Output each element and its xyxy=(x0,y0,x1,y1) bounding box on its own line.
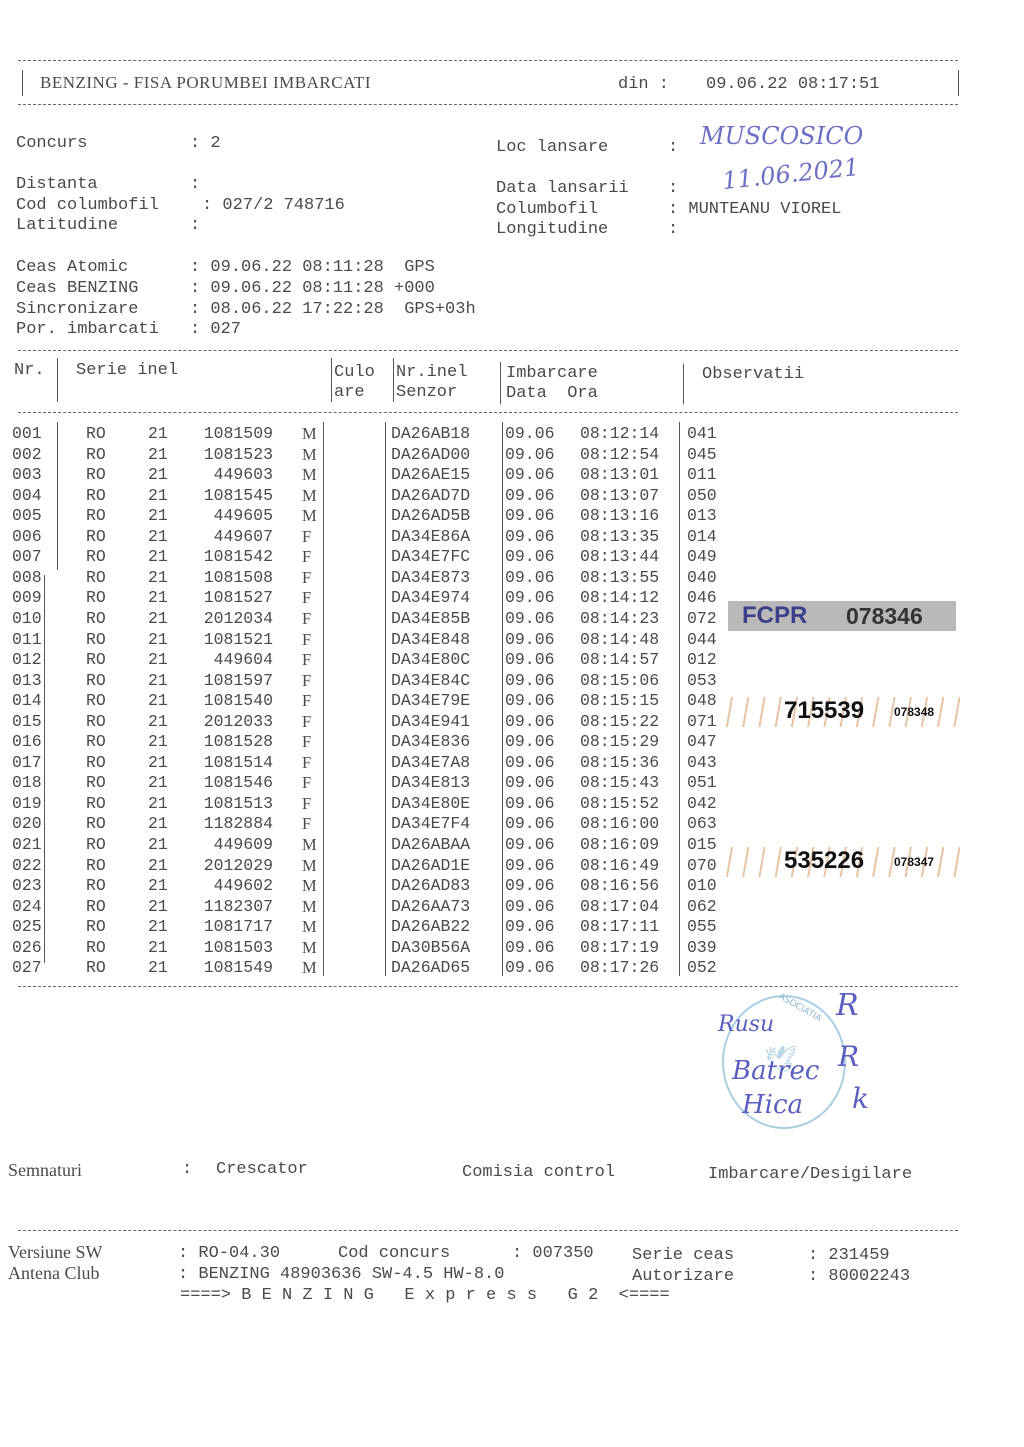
embark-time: 08:13:07 xyxy=(580,486,659,505)
row-number: 001 xyxy=(12,424,42,443)
embark-time: 08:15:22 xyxy=(580,712,659,731)
ring-number: 2012033 xyxy=(178,712,273,731)
embark-time: 08:14:12 xyxy=(580,588,659,607)
sex: M xyxy=(302,506,317,526)
embark-time: 08:12:14 xyxy=(580,424,659,443)
observation: 010 xyxy=(687,876,717,895)
col-separator xyxy=(57,358,58,402)
distanta-value: : xyxy=(190,175,200,194)
table-row: 023RO21449602MDA26AD8309.0608:16:56010 xyxy=(0,876,760,897)
versiune-label: Versiune SW xyxy=(8,1242,102,1263)
document-title: BENZING - FISA PORUMBEI IMBARCATI xyxy=(40,73,371,93)
country-code: RO xyxy=(86,445,106,464)
table-row: 020RO211182884FDA34E7F409.0608:16:00063 xyxy=(0,814,760,835)
sex: F xyxy=(302,773,311,793)
columbofil-label: Columbofil xyxy=(496,200,598,219)
sex: F xyxy=(302,794,311,814)
ring-year: 21 xyxy=(148,568,168,587)
row-number: 005 xyxy=(12,506,42,525)
signature-initial: k xyxy=(852,1082,869,1115)
table-row: 027RO211081549MDA26AD6509.0608:17:26052 xyxy=(0,958,760,979)
row-number: 003 xyxy=(12,465,42,484)
embark-time: 08:13:44 xyxy=(580,547,659,566)
sensor-id: DA34E7FC xyxy=(391,547,470,566)
embark-time: 08:13:35 xyxy=(580,527,659,546)
col-separator xyxy=(331,358,332,402)
observation: 053 xyxy=(687,671,717,690)
ring-number: 1081597 xyxy=(178,671,273,690)
latitudine-label: Latitudine xyxy=(16,216,118,235)
col-header-senzor-2: Senzor xyxy=(396,383,457,402)
observation: 015 xyxy=(687,835,717,854)
observation: 055 xyxy=(687,917,717,936)
serie-ceas-label: Serie ceas xyxy=(632,1246,734,1265)
sex: M xyxy=(302,958,317,978)
por-imbarcati-value: : 027 xyxy=(190,320,241,339)
col-separator xyxy=(679,422,680,976)
row-number: 007 xyxy=(12,547,42,566)
sticker-small-number: 078348 xyxy=(894,705,934,719)
concurs-label: Concurs xyxy=(16,134,87,153)
sensor-id: DA34E80E xyxy=(391,794,470,813)
ring-number: 449603 xyxy=(178,465,273,484)
serie-ceas-value: : 231459 xyxy=(808,1246,890,1265)
col-separator xyxy=(502,422,503,976)
row-number: 024 xyxy=(12,897,42,916)
embark-time: 08:15:29 xyxy=(580,732,659,751)
ring-year: 21 xyxy=(148,547,168,566)
observation: 040 xyxy=(687,568,717,587)
embark-date: 09.06 xyxy=(505,876,555,895)
country-code: RO xyxy=(86,486,106,505)
embark-date: 09.06 xyxy=(505,691,555,710)
sticker-big-number: 715539 xyxy=(784,697,864,725)
semnaturi-sep: : xyxy=(182,1160,192,1179)
country-code: RO xyxy=(86,814,106,833)
loc-lansare-handwritten: MUSCOSICO xyxy=(700,122,863,150)
country-code: RO xyxy=(86,609,106,628)
observation: 050 xyxy=(687,486,717,505)
embark-date: 09.06 xyxy=(505,938,555,957)
sensor-id: DA26AD65 xyxy=(391,958,470,977)
sex: M xyxy=(302,486,317,506)
col-separator xyxy=(44,575,45,963)
ring-year: 21 xyxy=(148,917,168,936)
ring-year: 21 xyxy=(148,958,168,977)
autorizare-label: Autorizare xyxy=(632,1267,734,1286)
col-header-culoare-1: Culo xyxy=(334,363,375,382)
table-row: 021RO21449609MDA26ABAA09.0608:16:09015 xyxy=(0,835,760,856)
embark-date: 09.06 xyxy=(505,486,555,505)
sex: F xyxy=(302,814,311,834)
table-row: 025RO211081717MDA26AB2209.0608:17:11055 xyxy=(0,917,760,938)
ring-number: 1081527 xyxy=(178,588,273,607)
crescator-label: Crescator xyxy=(216,1160,308,1179)
ring-year: 21 xyxy=(148,650,168,669)
observation: 042 xyxy=(687,794,717,813)
latitudine-value: : xyxy=(190,216,200,235)
sex: F xyxy=(302,527,311,547)
country-code: RO xyxy=(86,527,106,546)
col-header-imbarcare-2: Data Ora xyxy=(506,384,598,403)
observation: 049 xyxy=(687,547,717,566)
cod-columbofil-label: Cod columbofil xyxy=(16,196,159,215)
din-label: din : xyxy=(618,75,669,94)
table-row: 015RO212012033FDA34E94109.0608:15:22071 xyxy=(0,712,760,733)
embark-time: 08:17:19 xyxy=(580,938,659,957)
row-number: 014 xyxy=(12,691,42,710)
ring-number: 1081528 xyxy=(178,732,273,751)
observation: 039 xyxy=(687,938,717,957)
imbarcare-desigilare-label: Imbarcare/Desigilare xyxy=(708,1165,912,1184)
embark-date: 09.06 xyxy=(505,465,555,484)
table-row: 022RO212012029MDA26AD1E09.0608:16:49070 xyxy=(0,856,760,877)
sensor-id: DA34E873 xyxy=(391,568,470,587)
embark-time: 08:16:09 xyxy=(580,835,659,854)
sex: F xyxy=(302,630,311,650)
ring-number: 1081513 xyxy=(178,794,273,813)
observation: 046 xyxy=(687,588,717,607)
observation: 048 xyxy=(687,691,717,710)
sex: F xyxy=(302,671,311,691)
country-code: RO xyxy=(86,506,106,525)
observation: 052 xyxy=(687,958,717,977)
signature-2: Batrec xyxy=(732,1056,819,1086)
divider xyxy=(18,350,958,351)
table-row: 006RO21449607FDA34E86A09.0608:13:35014 xyxy=(0,527,760,548)
table-row: 010RO212012034FDA34E85B09.0608:14:23072 xyxy=(0,609,760,630)
sex: M xyxy=(302,938,317,958)
embark-date: 09.06 xyxy=(505,814,555,833)
row-number: 013 xyxy=(12,671,42,690)
sensor-id: DA26AD1E xyxy=(391,856,470,875)
ring-year: 21 xyxy=(148,527,168,546)
sensor-id: DA26AD00 xyxy=(391,445,470,464)
embark-date: 09.06 xyxy=(505,835,555,854)
sex: F xyxy=(302,753,311,773)
col-header-senzor-1: Nr.inel xyxy=(396,363,467,382)
sex: M xyxy=(302,424,317,444)
col-separator xyxy=(683,364,684,404)
cod-columbofil-value: : 027/2 748716 xyxy=(202,196,345,215)
country-code: RO xyxy=(86,876,106,895)
columbofil-value: : MUNTEANU VIOREL xyxy=(668,200,841,219)
embark-date: 09.06 xyxy=(505,712,555,731)
country-code: RO xyxy=(86,650,106,669)
embark-time: 08:14:48 xyxy=(580,630,659,649)
country-code: RO xyxy=(86,938,106,957)
embark-date: 09.06 xyxy=(505,527,555,546)
ring-year: 21 xyxy=(148,424,168,443)
col-separator xyxy=(500,362,501,404)
row-number: 012 xyxy=(12,650,42,669)
embark-date: 09.06 xyxy=(505,609,555,628)
embark-time: 08:13:01 xyxy=(580,465,659,484)
row-number: 008 xyxy=(12,568,42,587)
embark-date: 09.06 xyxy=(505,568,555,587)
col-separator xyxy=(385,422,386,976)
ring-number: 1081503 xyxy=(178,938,273,957)
row-number: 021 xyxy=(12,835,42,854)
country-code: RO xyxy=(86,773,106,792)
versiune-value: : RO-04.30 xyxy=(178,1244,280,1263)
ring-number: 1081546 xyxy=(178,773,273,792)
ring-number: 1081509 xyxy=(178,424,273,443)
sex: M xyxy=(302,445,317,465)
ring-number: 1081514 xyxy=(178,753,273,772)
ring-sticker: 715539 078348 xyxy=(722,697,960,727)
ring-sticker: 535226 078347 xyxy=(722,847,960,877)
ring-year: 21 xyxy=(148,506,168,525)
ring-year: 21 xyxy=(148,876,168,895)
ring-number: 1081717 xyxy=(178,917,273,936)
row-number: 009 xyxy=(12,588,42,607)
embark-date: 09.06 xyxy=(505,506,555,525)
col-header-serie: Serie inel xyxy=(76,361,178,380)
embark-date: 09.06 xyxy=(505,445,555,464)
sex: F xyxy=(302,609,311,629)
embark-date: 09.06 xyxy=(505,897,555,916)
ring-year: 21 xyxy=(148,938,168,957)
embark-date: 09.06 xyxy=(505,671,555,690)
embark-date: 09.06 xyxy=(505,958,555,977)
observation: 045 xyxy=(687,445,717,464)
row-number: 023 xyxy=(12,876,42,895)
embark-time: 08:14:57 xyxy=(580,650,659,669)
loc-lansare-value: : xyxy=(668,138,678,157)
table-row: 024RO211182307MDA26AA7309.0608:17:04062 xyxy=(0,897,760,918)
longitudine-value: : xyxy=(668,220,678,239)
sensor-id: DA34E974 xyxy=(391,588,470,607)
loc-lansare-label: Loc lansare xyxy=(496,138,608,157)
sex: F xyxy=(302,650,311,670)
ceas-atomic-label: Ceas Atomic xyxy=(16,258,128,277)
sex: M xyxy=(302,897,317,917)
table-row: 003RO21449603MDA26AE1509.0608:13:01011 xyxy=(0,465,760,486)
ring-number: 1081540 xyxy=(178,691,273,710)
embark-time: 08:15:36 xyxy=(580,753,659,772)
country-code: RO xyxy=(86,424,106,443)
row-number: 020 xyxy=(12,814,42,833)
country-code: RO xyxy=(86,712,106,731)
frame-left xyxy=(22,70,23,96)
row-number: 015 xyxy=(12,712,42,731)
row-number: 004 xyxy=(12,486,42,505)
sincronizare-value: : 08.06.22 17:22:28 GPS+03h xyxy=(190,300,476,319)
table-row: 026RO211081503MDA30B56A09.0608:17:19039 xyxy=(0,938,760,959)
ring-year: 21 xyxy=(148,773,168,792)
observation: 051 xyxy=(687,773,717,792)
sensor-id: DA34E836 xyxy=(391,732,470,751)
ring-number: 1081549 xyxy=(178,958,273,977)
embark-date: 09.06 xyxy=(505,917,555,936)
embark-time: 08:16:49 xyxy=(580,856,659,875)
embark-time: 08:12:54 xyxy=(580,445,659,464)
antena-label: Antena Club xyxy=(8,1263,100,1284)
data-lansarii-handwritten: 11.06.2021 xyxy=(721,153,861,195)
table-row: 018RO211081546FDA34E81309.0608:15:43051 xyxy=(0,773,760,794)
sensor-id: DA26AD7D xyxy=(391,486,470,505)
observation: 013 xyxy=(687,506,717,525)
observation: 012 xyxy=(687,650,717,669)
col-separator xyxy=(57,422,58,570)
ring-number: 1182307 xyxy=(178,897,273,916)
ceas-benzing-label: Ceas BENZING xyxy=(16,279,138,298)
embark-date: 09.06 xyxy=(505,794,555,813)
ring-number: 1081523 xyxy=(178,445,273,464)
col-header-nr: Nr. xyxy=(14,361,45,380)
sensor-id: DA26AB18 xyxy=(391,424,470,443)
table-row: 005RO21449605MDA26AD5B09.0608:13:16013 xyxy=(0,506,760,527)
longitudine-label: Longitudine xyxy=(496,220,608,239)
sticker-big-number: 535226 xyxy=(784,847,864,875)
sex: F xyxy=(302,691,311,711)
signature-1: Rusu xyxy=(718,1012,774,1037)
ring-number: 449602 xyxy=(178,876,273,895)
embark-date: 09.06 xyxy=(505,630,555,649)
embark-time: 08:13:16 xyxy=(580,506,659,525)
table-row: 008RO211081508FDA34E87309.0608:13:55040 xyxy=(0,568,760,589)
table-row: 012RO21449604FDA34E80C09.0608:14:57012 xyxy=(0,650,760,671)
country-code: RO xyxy=(86,794,106,813)
sensor-id: DA34E941 xyxy=(391,712,470,731)
ceas-benzing-value: : 09.06.22 08:11:28 +000 xyxy=(190,279,435,298)
sensor-id: DA34E79E xyxy=(391,691,470,710)
embark-time: 08:15:06 xyxy=(580,671,659,690)
embark-time: 08:16:00 xyxy=(580,814,659,833)
country-code: RO xyxy=(86,835,106,854)
divider xyxy=(18,104,958,105)
signature-3: Hica xyxy=(742,1090,803,1120)
sex: M xyxy=(302,465,317,485)
ring-year: 21 xyxy=(148,465,168,484)
ring-year: 21 xyxy=(148,630,168,649)
table-row: 016RO211081528FDA34E83609.0608:15:29047 xyxy=(0,732,760,753)
table-row: 007RO211081542FDA34E7FC09.0608:13:44049 xyxy=(0,547,760,568)
col-header-observatii: Observatii xyxy=(702,365,804,384)
row-number: 018 xyxy=(12,773,42,792)
embark-date: 09.06 xyxy=(505,424,555,443)
divider xyxy=(18,412,958,413)
ring-year: 21 xyxy=(148,856,168,875)
sensor-id: DA34E86A xyxy=(391,527,470,546)
ring-number: 449607 xyxy=(178,527,273,546)
sex: F xyxy=(302,547,311,567)
ring-year: 21 xyxy=(148,445,168,464)
antena-value: : BENZING 48903636 SW-4.5 HW-8.0 xyxy=(178,1265,504,1284)
row-number: 002 xyxy=(12,445,42,464)
divider xyxy=(18,60,958,61)
embark-date: 09.06 xyxy=(505,732,555,751)
embark-time: 08:15:15 xyxy=(580,691,659,710)
embark-time: 08:15:52 xyxy=(580,794,659,813)
table-row: 009RO211081527FDA34E97409.0608:14:12046 xyxy=(0,588,760,609)
data-lansarii-value: : xyxy=(668,179,678,198)
embark-time: 08:16:56 xyxy=(580,876,659,895)
ring-number: 1081508 xyxy=(178,568,273,587)
col-header-imbarcare-1: Imbarcare xyxy=(506,364,598,383)
sex: F xyxy=(302,712,311,732)
table-row: 011RO211081521FDA34E84809.0608:14:48044 xyxy=(0,630,760,651)
sticker-small-number: 078347 xyxy=(894,855,934,869)
sensor-id: DA34E7F4 xyxy=(391,814,470,833)
ring-year: 21 xyxy=(148,753,168,772)
signature-initial: R xyxy=(836,988,859,1023)
embark-time: 08:17:11 xyxy=(580,917,659,936)
table-row: 014RO211081540FDA34E79E09.0608:15:15048 xyxy=(0,691,760,712)
observation: 041 xyxy=(687,424,717,443)
ring-number: 449609 xyxy=(178,835,273,854)
sincronizare-label: Sincronizare xyxy=(16,300,138,319)
embark-date: 09.06 xyxy=(505,650,555,669)
ring-year: 21 xyxy=(148,732,168,751)
ring-number: 2012029 xyxy=(178,856,273,875)
embark-date: 09.06 xyxy=(505,856,555,875)
sensor-id: DA34E7A8 xyxy=(391,753,470,772)
country-code: RO xyxy=(86,753,106,772)
observation: 063 xyxy=(687,814,717,833)
ring-year: 21 xyxy=(148,814,168,833)
ring-year: 21 xyxy=(148,609,168,628)
divider xyxy=(18,1230,958,1231)
comisia-control-label: Comisia control xyxy=(462,1163,615,1182)
table-row: 001RO211081509MDA26AB1809.0608:12:14041 xyxy=(0,424,760,445)
row-number: 026 xyxy=(12,938,42,957)
embark-time: 08:17:26 xyxy=(580,958,659,977)
ring-year: 21 xyxy=(148,671,168,690)
table-row: 004RO211081545MDA26AD7D09.0608:13:07050 xyxy=(0,486,760,507)
embark-time: 08:14:23 xyxy=(580,609,659,628)
sticker-number: 078346 xyxy=(846,603,923,630)
ring-year: 21 xyxy=(148,691,168,710)
sensor-id: DA34E85B xyxy=(391,609,470,628)
sensor-id: DA34E813 xyxy=(391,773,470,792)
row-number: 006 xyxy=(12,527,42,546)
embark-date: 09.06 xyxy=(505,547,555,566)
sensor-id: DA26AB22 xyxy=(391,917,470,936)
country-code: RO xyxy=(86,630,106,649)
country-code: RO xyxy=(86,856,106,875)
semnaturi-label: Semnaturi xyxy=(8,1160,82,1181)
signature-initial: R xyxy=(838,1040,859,1073)
row-number: 011 xyxy=(12,630,42,649)
data-lansarii-label: Data lansarii xyxy=(496,179,629,198)
ceas-atomic-value: : 09.06.22 08:11:28 GPS xyxy=(190,258,435,277)
country-code: RO xyxy=(86,732,106,751)
col-separator xyxy=(393,358,394,402)
country-code: RO xyxy=(86,958,106,977)
row-number: 025 xyxy=(12,917,42,936)
table-row: 013RO211081597FDA34E84C09.0608:15:06053 xyxy=(0,671,760,692)
observation: 062 xyxy=(687,897,717,916)
ring-number: 2012034 xyxy=(178,609,273,628)
benzing-express-banner: ====> B E N Z I N G E x p r e s s G 2 <=… xyxy=(180,1286,670,1305)
ring-number: 1081521 xyxy=(178,630,273,649)
cod-concurs-label: Cod concurs xyxy=(338,1244,450,1263)
country-code: RO xyxy=(86,917,106,936)
observation: 072 xyxy=(687,609,717,628)
ring-year: 21 xyxy=(148,486,168,505)
ring-year: 21 xyxy=(148,712,168,731)
table-row: 002RO211081523MDA26AD0009.0608:12:54045 xyxy=(0,445,760,466)
embark-date: 09.06 xyxy=(505,588,555,607)
country-code: RO xyxy=(86,671,106,690)
stamp-text: ASOCIATIA xyxy=(777,992,823,1024)
embark-time: 08:13:55 xyxy=(580,568,659,587)
ring-number: 449604 xyxy=(178,650,273,669)
sex: M xyxy=(302,876,317,896)
ring-year: 21 xyxy=(148,897,168,916)
